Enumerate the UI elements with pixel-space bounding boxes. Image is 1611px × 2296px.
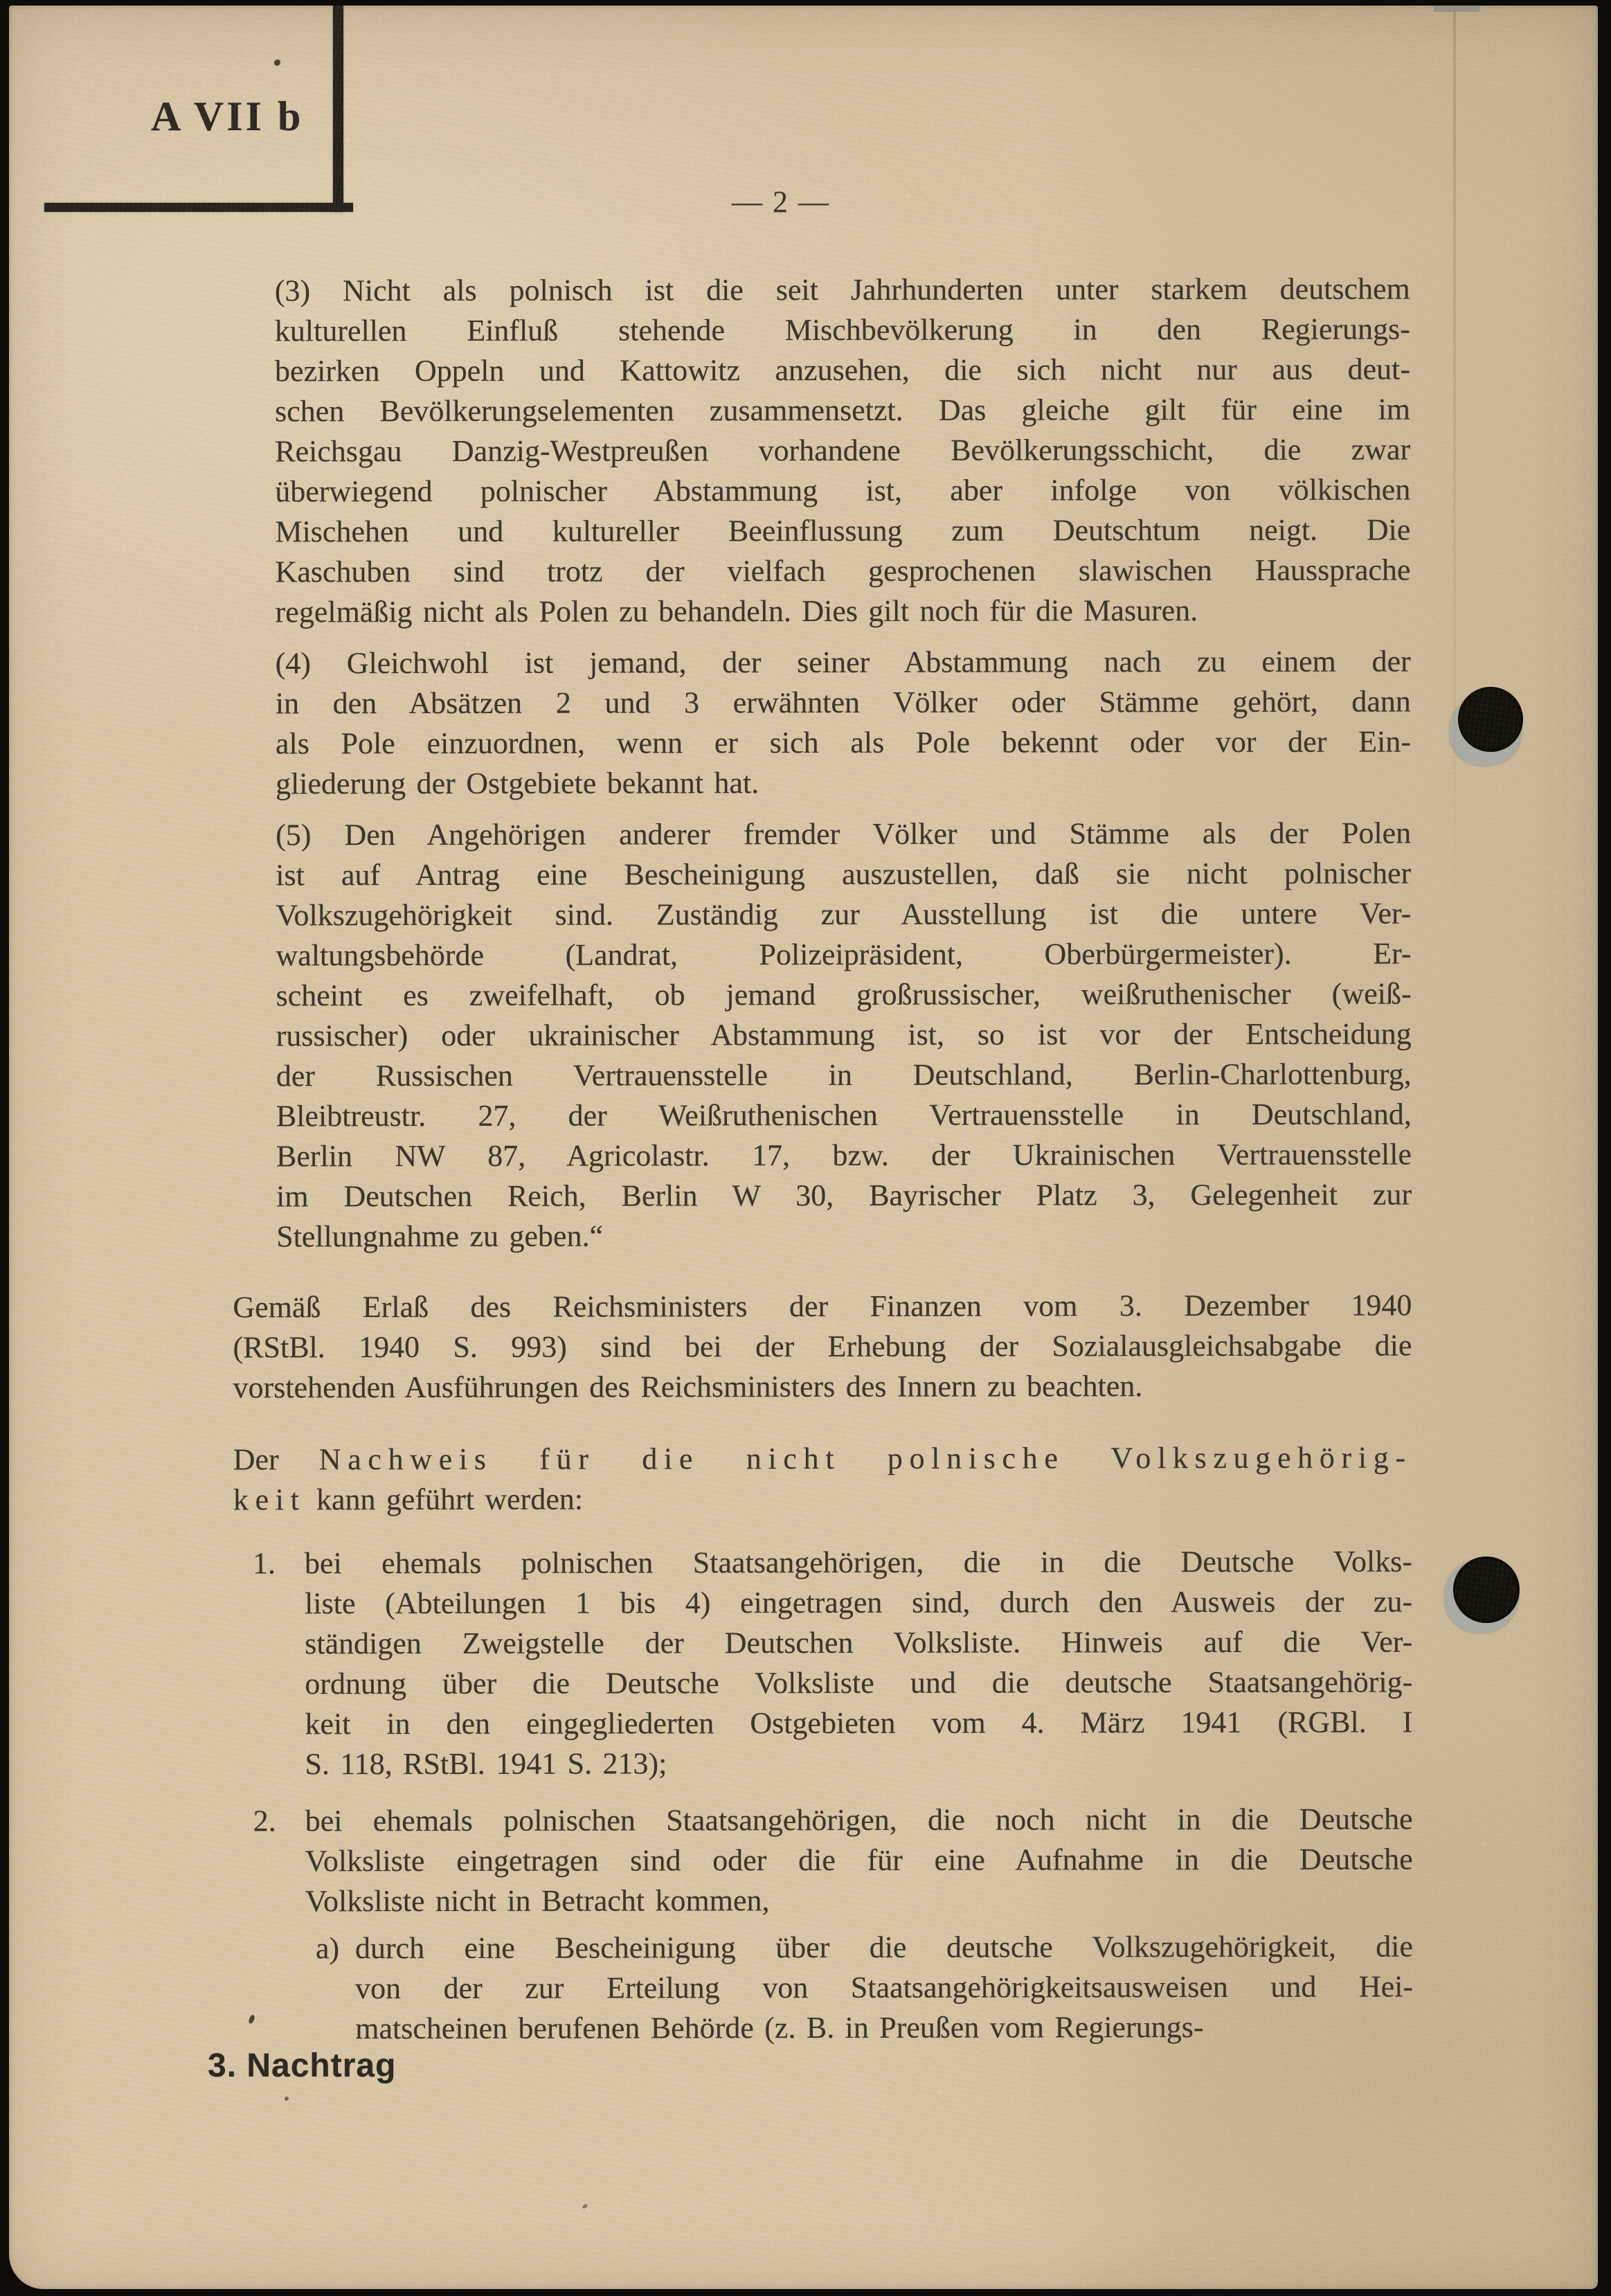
scanned-document-screenshot: { "page": { "classification_label": "A V… — [0, 0, 1611, 2296]
letterspaced-text: keit — [233, 1482, 306, 1516]
footer-nachtrag-label: 3. Nachtrag — [208, 2047, 396, 2085]
letterspaced-text: Nachweis für die nicht polnische Volkszu… — [319, 1441, 1412, 1477]
text-line: Mischehen und kultureller Beeinflussung … — [275, 510, 1410, 553]
text-line: ständigen Zweigstelle der Deutschen Volk… — [305, 1622, 1412, 1665]
paper-crease-shadow — [1453, 6, 1456, 940]
paragraph-3: (3) Nicht als polnisch ist die seit Jahr… — [275, 269, 1411, 633]
text-line: ist auf Antrag eine Bescheinigung auszus… — [276, 854, 1411, 896]
list-marker-2: 2. — [253, 1801, 276, 1841]
hole-punch-hole — [1458, 687, 1523, 752]
corner-box-vertical-rule — [333, 6, 343, 212]
plain-text: Der — [233, 1442, 319, 1476]
paragraph-5: (5) Den Angehörigen anderer fremder Völk… — [276, 814, 1412, 1257]
text-line: durch eine Bescheinigung über die deutsc… — [355, 1927, 1413, 1969]
main-text-column: (3) Nicht als polnisch ist die seit Jahr… — [231, 269, 1414, 2050]
text-line: Kaschuben sind trotz der vielfach gespro… — [275, 550, 1410, 593]
text-line: bei ehemals polnischen Staatsangehörigen… — [305, 1542, 1412, 1584]
page-number: — 2 — — [667, 184, 895, 219]
text-line: Volksliste nicht in Betracht kommen, — [305, 1880, 1413, 1922]
text-line: Stellungnahme zu geben.“ — [276, 1215, 1412, 1257]
text-line: schen Bevölkerungselementen zusammensetz… — [275, 390, 1410, 432]
text-line: waltungsbehörde (Landrat, Polizeipräside… — [276, 934, 1411, 976]
text-line: bei ehemals polnischen Staatsangehörigen… — [305, 1800, 1413, 1842]
list-item-a-text: durch eine Bescheinigung über die deutsc… — [355, 1927, 1413, 2050]
text-line: Volkszugehörigkeit sind. Zuständig zur A… — [276, 894, 1411, 936]
text-line: matscheinen berufenen Behörde (z. B. in … — [355, 2007, 1413, 2050]
list-item-1-text: bei ehemals polnischen Staatsangehörigen… — [305, 1542, 1413, 1785]
paragraph-nachweis: Der Nachweis für die nicht polnische Vol… — [233, 1438, 1412, 1521]
list-item-2-text: bei ehemals polnischen Staatsangehörigen… — [305, 1800, 1413, 1922]
text-line: bezirken Oppeln und Kattowitz anzusehen,… — [275, 350, 1410, 392]
text-line: ordnung über die Deutsche Volksliste und… — [305, 1662, 1412, 1705]
text-line: Reichsgau Danzig-Westpreußen vorhandene … — [275, 430, 1410, 472]
text-line: der Russischen Vertrauensstelle in Deuts… — [276, 1055, 1412, 1097]
list-marker-1: 1. — [253, 1543, 276, 1584]
scanner-edge-artifact — [1434, 6, 1479, 12]
text-line: Bleibtreustr. 27, der Weißruthenischen V… — [276, 1095, 1412, 1137]
text-line: im Deutschen Reich, Berlin W 30, Bayrisc… — [276, 1175, 1412, 1217]
text-line: kulturellen Einfluß stehende Mischbevölk… — [275, 310, 1410, 352]
text-line: keit kann geführt werden: — [233, 1478, 1412, 1521]
list-item-1: 1. bei ehemals polnischen Staatsangehöri… — [233, 1542, 1413, 1785]
text-line: (4) Gleichwohl ist jemand, der seiner Ab… — [276, 642, 1411, 684]
text-line: liste (Abteilungen 1 bis 4) eingetragen … — [305, 1582, 1412, 1624]
text-line: als Pole einzuordnen, wenn er sich als P… — [276, 722, 1411, 764]
plain-text: kann geführt werden: — [306, 1482, 584, 1517]
text-line: Volksliste eingetragen sind oder die für… — [305, 1840, 1413, 1882]
ink-speck — [274, 60, 280, 66]
text-line: überwiegend polnischer Abstammung ist, a… — [275, 470, 1410, 512]
paragraph-4: (4) Gleichwohl ist jemand, der seiner Ab… — [276, 642, 1411, 805]
list-item-a: a) durch eine Bescheinigung über die deu… — [234, 1927, 1413, 2050]
text-line: regelmäßig nicht als Polen zu behandeln.… — [276, 591, 1411, 633]
text-line: (RStBl. 1940 S. 993) sind bei der Erhebu… — [233, 1326, 1412, 1368]
document-page: A VII b — 2 — (3) Nicht als polnisch ist… — [9, 6, 1598, 2289]
ink-speck — [285, 2097, 289, 2101]
paragraph-gemaess: Gemäß Erlaß des Reichsministers der Fina… — [233, 1286, 1412, 1408]
text-line: vorstehenden Ausführungen des Reichsmini… — [233, 1366, 1412, 1408]
text-line: russischer) oder ukrainischer Abstammung… — [276, 1014, 1412, 1057]
ink-speck — [582, 2203, 588, 2209]
text-line: (5) Den Angehörigen anderer fremder Völk… — [276, 814, 1411, 856]
text-line: Der Nachweis für die nicht polnische Vol… — [233, 1438, 1412, 1480]
classification-label: A VII b — [151, 93, 303, 141]
text-line: S. 118, RStBl. 1941 S. 213); — [305, 1743, 1412, 1785]
hole-punch-hole — [1453, 1557, 1520, 1623]
text-line: Berlin NW 87, Agricolastr. 17, bzw. der … — [276, 1135, 1412, 1177]
text-line: in den Absätzen 2 und 3 erwähnten Völker… — [276, 682, 1411, 724]
list-item-2: 2. bei ehemals polnischen Staatsangehöri… — [234, 1800, 1413, 1922]
text-line: gliederung der Ostgebiete bekannt hat. — [276, 762, 1411, 805]
text-line: von der zur Erteilung von Staatsangehöri… — [355, 1967, 1413, 2009]
text-line: keit in den eingegliederten Ostgebieten … — [305, 1703, 1412, 1745]
list-marker-a: a) — [316, 1928, 339, 1968]
text-line: (3) Nicht als polnisch ist die seit Jahr… — [275, 269, 1410, 312]
text-line: scheint es zweifelhaft, ob jemand großru… — [276, 974, 1412, 1016]
text-line: Gemäß Erlaß des Reichsministers der Fina… — [233, 1286, 1412, 1328]
corner-box-horizontal-rule — [44, 203, 353, 212]
